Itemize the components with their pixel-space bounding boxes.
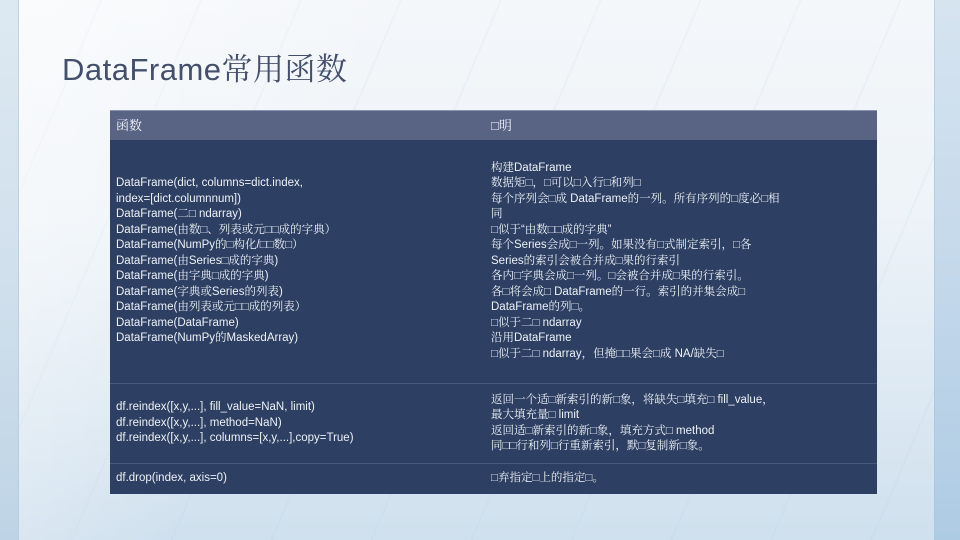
slide-title: DataFrame常用函数 bbox=[62, 44, 348, 89]
table-body: DataFrame(dict, columns=dict.index, inde… bbox=[110, 140, 877, 494]
column-header-function: 函数 bbox=[110, 111, 485, 140]
table-header-row: 函数 □明 bbox=[110, 110, 877, 140]
table-row: DataFrame(dict, columns=dict.index, inde… bbox=[110, 140, 877, 383]
function-cell: df.drop(index, axis=0) bbox=[110, 464, 485, 494]
description-cell: □弃指定□上的指定□。 bbox=[485, 464, 877, 494]
table-row: df.reindex([x,y,...], fill_value=NaN, li… bbox=[110, 383, 877, 463]
left-edge-stripe bbox=[0, 0, 19, 540]
function-cell: df.reindex([x,y,...], fill_value=NaN, li… bbox=[110, 384, 485, 463]
description-cell: 返回一个适□新索引的新□象，将缺失□填充□ fill_value， 最大填充量□… bbox=[485, 384, 877, 463]
right-edge-stripe bbox=[934, 0, 960, 540]
table-row: df.drop(index, axis=0) □弃指定□上的指定□。 bbox=[110, 463, 877, 494]
description-cell: 构建DataFrame 数据矩□，□可以□入行□和列□ 每个序列会□成 Data… bbox=[485, 140, 877, 383]
dataframe-functions-table: 函数 □明 DataFrame(dict, columns=dict.index… bbox=[110, 110, 877, 494]
function-cell: DataFrame(dict, columns=dict.index, inde… bbox=[110, 140, 485, 383]
column-header-description: □明 bbox=[485, 111, 877, 140]
slide: DataFrame常用函数 函数 □明 DataFrame(dict, colu… bbox=[0, 0, 960, 540]
